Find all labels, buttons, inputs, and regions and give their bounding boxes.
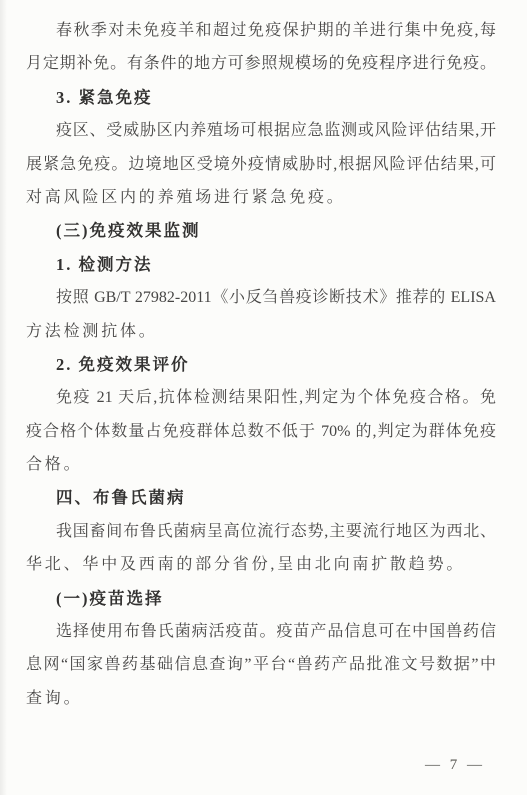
body-line: 我国畜间布鲁氏菌病呈高位流行态势,主要流行地区为西北、 (26, 515, 496, 548)
body-line: 息网“国家兽药基础信息查询”平台“兽药产品批准文号数据”中 (26, 648, 496, 681)
body-line: 免疫 21 天后,抗体检测结果阳性,判定为个体免疫合格。免 (26, 381, 496, 414)
heading-brucellosis: 四、布鲁氏菌病 (26, 481, 496, 514)
body-line: 春秋季对未免疫羊和超过免疫保护期的羊进行集中免疫,每 (26, 14, 496, 47)
body-line: 疫区、受威胁区内养殖场可根据应急监测或风险评估结果,开 (26, 114, 496, 147)
heading-immunization-effect-evaluation: 2. 免疫效果评价 (26, 348, 496, 381)
scan-edge-shadow (0, 0, 7, 795)
heading-vaccine-selection: (一)疫苗选择 (26, 582, 496, 615)
heading-detection-method: 1. 检测方法 (26, 248, 496, 281)
body-line: 展紧急免疫。边境地区受境外疫情威胁时,根据风险评估结果,可 (26, 148, 496, 181)
body-line: 月定期补免。有条件的地方可参照规模场的免疫程序进行免疫。 (26, 47, 496, 80)
body-line: 按照 GB/T 27982-2011《小反刍兽疫诊断技术》推荐的 ELISA (26, 281, 496, 314)
heading-immunization-effect-monitoring: (三)免疫效果监测 (26, 214, 496, 247)
body-line: 对高风险区内的养殖场进行紧急免疫。 (26, 181, 496, 214)
page-number: — 7 — (425, 751, 485, 779)
body-line: 合格。 (26, 448, 496, 481)
body-line: 华北、华中及西南的部分省份,呈由北向南扩散趋势。 (26, 548, 496, 581)
body-line: 选择使用布鲁氏菌病活疫苗。疫苗产品信息可在中国兽药信 (26, 615, 496, 648)
document-body: 春秋季对未免疫羊和超过免疫保护期的羊进行集中免疫,每 月定期补免。有条件的地方可… (26, 14, 496, 715)
heading-emergency-immunization: 3. 紧急免疫 (26, 81, 496, 114)
body-line: 查询。 (26, 682, 496, 715)
body-line: 方法检测抗体。 (26, 315, 496, 348)
document-page: 春秋季对未免疫羊和超过免疫保护期的羊进行集中免疫,每 月定期补免。有条件的地方可… (0, 0, 527, 795)
body-line: 疫合格个体数量占免疫群体总数不低于 70% 的,判定为群体免疫 (26, 415, 496, 448)
